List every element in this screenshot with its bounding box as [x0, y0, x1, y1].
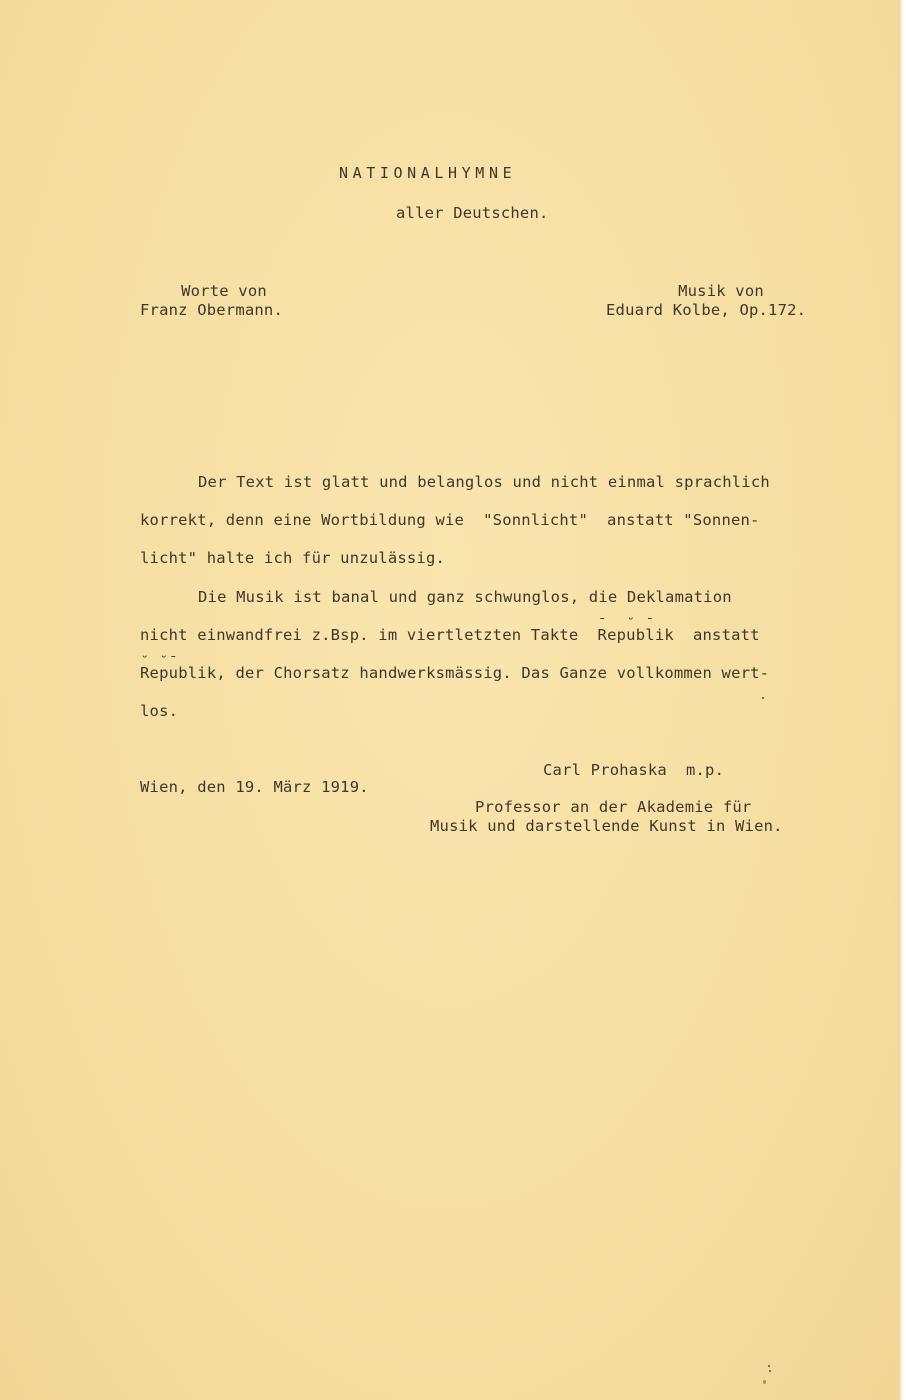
letter-u-long: u [169, 666, 179, 682]
line2-after: anstatt [674, 626, 760, 644]
ink-speck [769, 1370, 771, 1372]
page-edge [898, 0, 906, 1400]
letter: k [664, 626, 674, 644]
line3-after: , der Chorsatz handwerksmässig. Das Ganz… [216, 664, 769, 682]
signature-title-line2: Musik und darstellende Kunst in Wien. [430, 819, 783, 835]
line2-text: nicht einwandfrei z.Bsp. im viertletzten… [140, 626, 598, 644]
paragraph2-line4: los. [140, 704, 178, 720]
lyricist-name: Franz Obermann. [140, 303, 283, 319]
letter: e [607, 626, 617, 644]
letter: e [150, 664, 160, 682]
ink-speck [762, 697, 764, 699]
letter-p-short: p [159, 666, 169, 682]
ink-speck [768, 1365, 770, 1367]
paragraph2-line2: nicht einwandfrei z.Bsp. im viertletzten… [140, 628, 760, 644]
paragraph1-line3: licht" halte ich für unzulässig. [140, 551, 445, 567]
signature-title-line1: Professor an der Akademie für [475, 800, 751, 816]
republik-stressed-1: Republik [598, 626, 674, 644]
letter-u-short: u [626, 628, 636, 644]
letter-R-long: R [598, 628, 608, 644]
paragraph2-line1: Die Musik ist banal und ganz schwunglos,… [198, 590, 732, 606]
letter: b [636, 626, 646, 644]
signature-name: Carl Prohaska m.p. [543, 763, 724, 779]
paragraph2-line3: Republik, der Chorsatz handwerksmässig. … [140, 666, 769, 682]
letter: p [617, 626, 627, 644]
letter-l-long: l [645, 628, 655, 644]
paragraph1-line2: korrekt, denn eine Wortbildung wie "Sonn… [140, 513, 760, 529]
letter: l [188, 664, 198, 682]
letter: i [655, 626, 665, 644]
letter: b [178, 664, 188, 682]
composer-name: Eduard Kolbe, Op.172. [606, 303, 806, 319]
document-title: NATIONALHYMNE [339, 166, 516, 181]
letter-R-short: R [140, 666, 150, 682]
place-date: Wien, den 19. März 1919. [140, 780, 369, 796]
letter: k [207, 664, 217, 682]
republik-stressed-2: Republik [140, 664, 216, 682]
document-subtitle: aller Deutschen. [396, 206, 549, 222]
paragraph1-line1: Der Text ist glatt und belanglos und nic… [198, 475, 770, 491]
composer-label: Musik von [606, 284, 836, 300]
ink-speck [763, 1380, 766, 1384]
lyricist-label: Worte von [140, 284, 308, 300]
letter: i [197, 664, 207, 682]
